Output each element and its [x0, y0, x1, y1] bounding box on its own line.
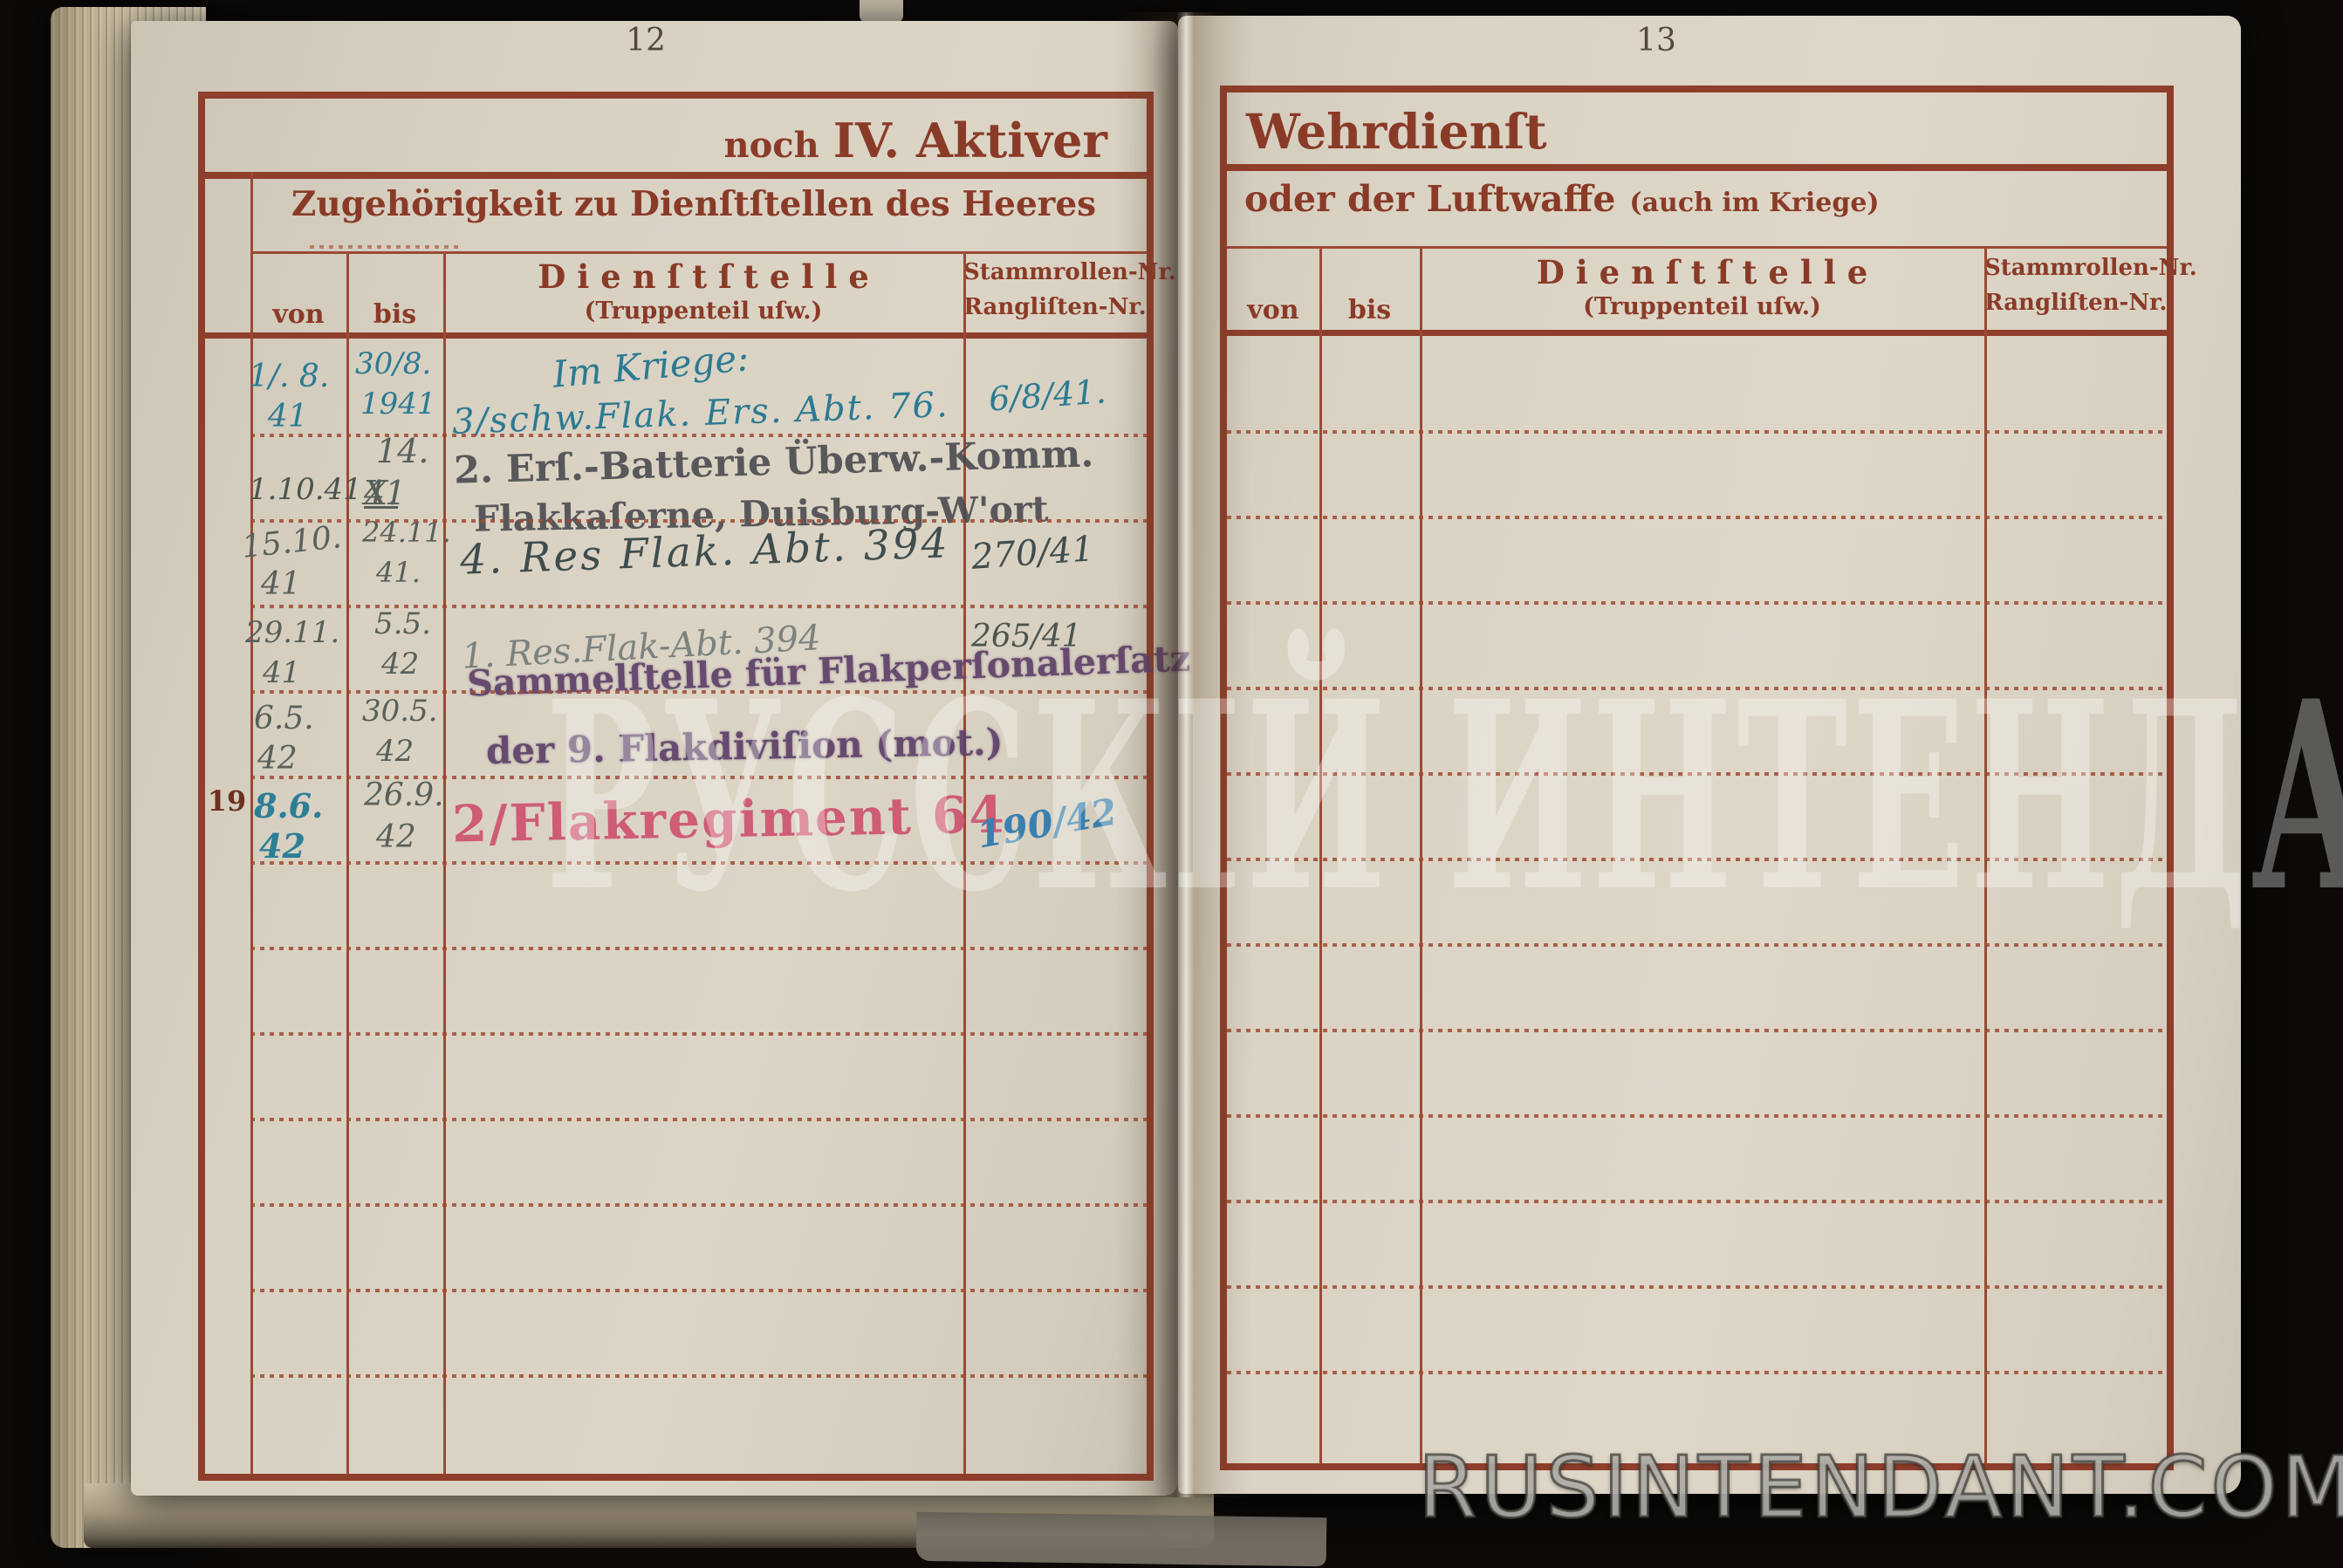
row-separator-dotted-line — [250, 1203, 1147, 1207]
entry2-bis: 14. — [376, 432, 428, 470]
row-separator-dotted-line — [1227, 1285, 2167, 1289]
row-separator-dotted-line — [1227, 516, 2167, 519]
title-band-border — [205, 172, 1147, 179]
entry1-von2: 41 — [268, 399, 308, 435]
col-header-dienststelle: D i e n ſ t ſ t e l l e — [443, 257, 963, 296]
entry5-bis2: 42 — [376, 734, 414, 769]
row-separator-dotted-line — [1227, 1029, 2167, 1032]
right-subtitle: oder der Luftwaffe (auch im Kriege) — [1244, 178, 1880, 220]
col-header-bis: bis — [1319, 295, 1420, 325]
col-header-dienststelle-sub: (Truppenteil uſw.) — [1420, 293, 1984, 320]
row-separator-dotted-line — [250, 861, 1147, 865]
entry3-von2: 41 — [261, 566, 301, 602]
row-separator-dotted-line — [1227, 601, 2167, 605]
entry6-flakregiment-stamp: 2/Flakregiment 64 — [451, 784, 1006, 853]
entry5-bis: 30.5. — [362, 694, 438, 729]
right-section-title: Wehrdienſt — [1246, 103, 1547, 160]
row-separator-dotted-line — [1227, 858, 2167, 861]
entry6-bis2: 42 — [376, 819, 416, 855]
entry6-bis: 26.9. — [364, 777, 444, 813]
entry1-von: 1/. 8. — [249, 359, 329, 394]
von-bis-rule — [1319, 246, 1322, 1463]
col-header-ranglisten: Rangliſten-Nr. — [963, 294, 1147, 320]
entry4-bis2: 42 — [381, 647, 419, 681]
row-separator-dotted-line — [1227, 943, 2167, 947]
entry5-flakdivision-stamp: der 9. Flakdiviſion (mot.) — [486, 721, 1004, 772]
row-separator-dotted-line — [250, 1118, 1147, 1121]
wehrpass-scan: 12 13 noch IV. Aktiver Zugehörigkeit zu … — [0, 0, 2343, 1568]
left-page-form-table: noch IV. Aktiver Zugehörigkeit zu Dienſt… — [198, 92, 1154, 1481]
title-band-border — [1227, 164, 2167, 171]
entry3-bis2: 41. — [376, 556, 421, 589]
row-separator-dotted-line — [250, 519, 1147, 523]
entry2-unit-stamp-line1: 2. Erſ.-Batterie Überw.-Komm. — [453, 432, 1093, 492]
col-header-ranglisten: Rangliſten-Nr. — [1984, 290, 2167, 316]
col-header-stammrollen: Stammrollen-Nr. — [963, 259, 1147, 285]
row-separator-dotted-line — [250, 690, 1147, 694]
entry6-von2: 42 — [259, 826, 305, 866]
entry2-bis2-year: 41 — [364, 474, 406, 512]
row-separator-dotted-line — [250, 434, 1147, 437]
entry3-stammrollen: 270/41 — [970, 529, 1096, 578]
entry6-von: 8.6. — [254, 786, 323, 825]
right-subtitle-main: oder der Luftwaffe — [1244, 178, 1615, 220]
entry1-stammrollen: 6/8/41. — [988, 372, 1107, 418]
page-number-right: 13 — [1630, 23, 1682, 58]
entry1-bis: 30/8. — [355, 346, 431, 381]
col-header-dienststelle: D i e n ſ t ſ t e l l e — [1420, 253, 1984, 291]
row-separator-dotted-line — [1227, 1200, 2167, 1203]
entry5-von: 6.5. — [254, 701, 314, 736]
row-separator-dotted-line — [1227, 1371, 2167, 1374]
entry4-bis: 5.5. — [374, 606, 431, 641]
col-header-stammrollen: Stammrollen-Nr. — [1984, 255, 2167, 281]
left-section-title: noch IV. Aktiver — [724, 113, 1107, 168]
row-separator-dotted-line — [250, 776, 1147, 779]
page-number-left: 12 — [620, 23, 672, 58]
right-subtitle-note: (auch im Kriege) — [1629, 188, 1879, 218]
col-header-bis: bis — [346, 299, 443, 330]
subtitle-divider-line — [250, 251, 1147, 254]
section-title-prefix: noch — [724, 125, 819, 166]
margin-number: 19 — [205, 784, 249, 818]
row-separator-dotted-line — [1227, 1114, 2167, 1118]
right-page-form-table: Wehrdienſt oder der Luftwaffe (auch im K… — [1220, 86, 2174, 1470]
col-header-von: von — [250, 299, 346, 330]
row-separator-dotted-line — [250, 1374, 1147, 1378]
left-subtitle: Zugehörigkeit zu Dienſtſtellen des Heere… — [253, 184, 1134, 224]
col-header-dienststelle-sub: (Truppenteil uſw.) — [443, 298, 963, 325]
section-title: IV. Aktiver — [833, 113, 1107, 168]
entry1-note: Im Kriege: — [551, 336, 750, 395]
dienst-stamm-rule — [1984, 246, 1987, 1463]
header-band-border — [1227, 330, 2167, 336]
entry5-von2: 42 — [257, 741, 298, 777]
row-separator-dotted-line — [250, 605, 1147, 608]
row-separator-dotted-line — [250, 1032, 1147, 1036]
row-separator-dotted-line — [250, 947, 1147, 950]
bis-dienst-rule — [1420, 246, 1422, 1463]
page-edge-tab — [860, 0, 903, 23]
entry4-von2: 41 — [263, 655, 300, 690]
col-header-von: von — [1227, 295, 1319, 325]
entry4-stammrollen: 265/41 — [971, 619, 1082, 654]
entry2-von: 1.10.41 — [249, 472, 362, 507]
page-flap-bottom — [916, 1512, 1327, 1567]
row-separator-dotted-line — [1227, 430, 2167, 434]
subtitle-divider-line — [1227, 246, 2167, 249]
entry1-bis2: 1941 — [360, 387, 436, 421]
row-separator-dotted-line — [250, 1289, 1147, 1292]
entry4-von: 29.11. — [245, 615, 339, 650]
row-separator-dotted-line — [1227, 772, 2167, 776]
row-separator-dotted-line — [1227, 687, 2167, 690]
subtitle-dotted-underline — [310, 245, 462, 249]
entry3-von: 15.10. — [240, 519, 343, 565]
